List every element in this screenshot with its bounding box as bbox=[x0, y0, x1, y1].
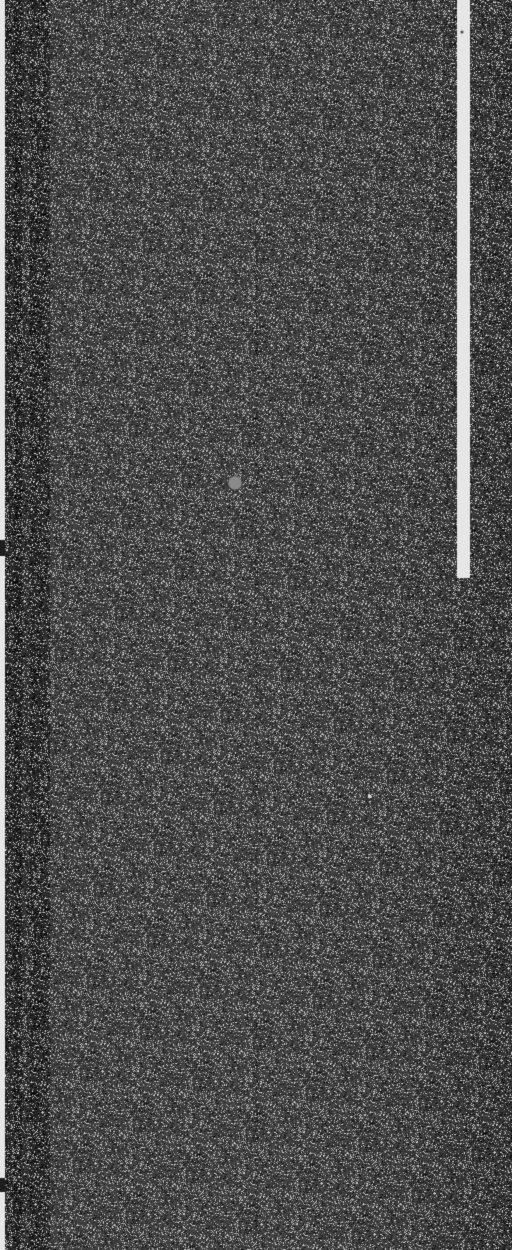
road-aerial-image: Grayscale overhead view of an asphalt ro… bbox=[0, 0, 512, 1250]
road-surface-canvas bbox=[0, 0, 512, 1250]
